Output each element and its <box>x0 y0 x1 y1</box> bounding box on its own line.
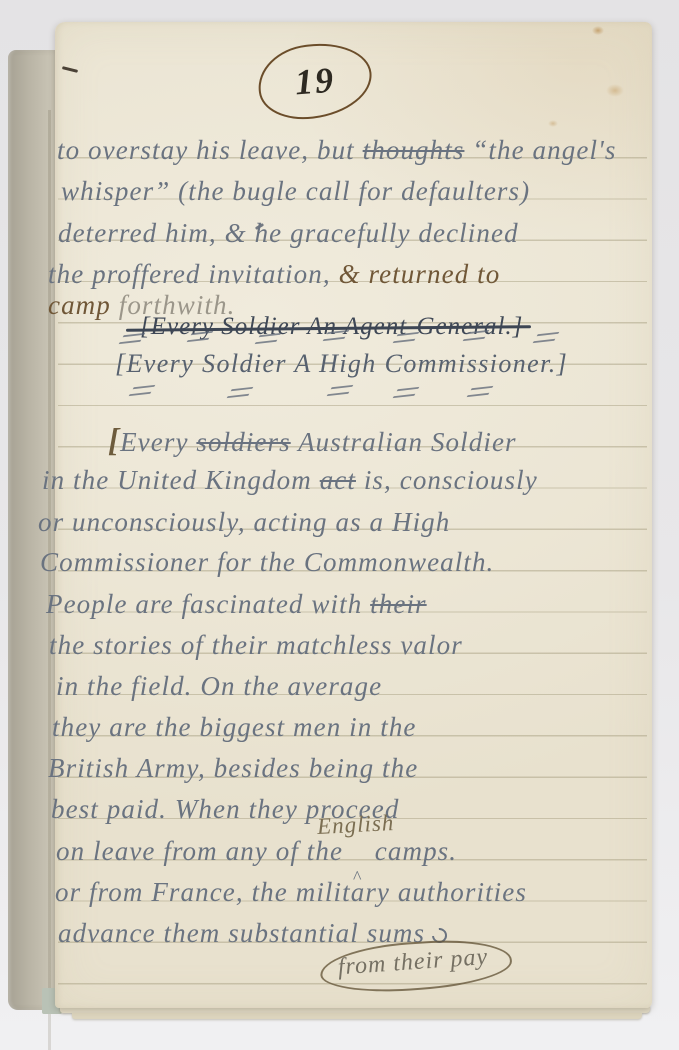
handwriting-line: Commissioner for the Commonwealth. <box>40 549 494 576</box>
text-segment: in the United Kingdom <box>42 465 320 495</box>
text-segment: they are the biggest men in the <box>52 712 417 742</box>
struck-word: their <box>370 589 427 619</box>
text-segment: is, consciously <box>356 465 538 495</box>
handwriting-line: People are fascinated with their <box>46 591 427 618</box>
text-segment: in the field. On the average <box>56 671 382 701</box>
handwriting-line: whisper” (the bugle call for defaulters) <box>61 178 530 205</box>
opening-bracket: [ <box>108 423 120 459</box>
text-segment: on leave from any of the <box>56 836 351 866</box>
handwriting-line: or from France, the military authorities <box>55 879 527 906</box>
handwriting-line: in the field. On the average <box>56 673 382 700</box>
handwriting-layer: to overstay his leave, but thoughts “the… <box>0 0 679 1050</box>
handwriting-line: in the United Kingdom act is, consciousl… <box>42 467 538 494</box>
emphasis-mark <box>119 333 146 344</box>
text-segment: “the angel's <box>464 135 616 165</box>
handwriting-line: the stories of their matchless valor <box>49 632 463 659</box>
emphasis-mark <box>227 387 254 398</box>
emphasis-mark <box>129 385 156 396</box>
emphasis-mark <box>533 332 560 343</box>
handwriting-line: British Army, besides being the <box>48 755 418 782</box>
handwriting-line-heading: [Every Soldier A High Commissioner.] <box>115 350 568 377</box>
text-segment: whisper” (the bugle call for defaulters) <box>61 176 530 206</box>
text-segment: the proffered invitation, <box>48 259 331 289</box>
text-segment: & returned to <box>331 259 501 289</box>
text-segment: Australian Soldier <box>291 427 517 457</box>
manuscript-photo: 19 to overstay his leave, but thoughts “… <box>0 0 679 1050</box>
struck-word: soldiers <box>196 427 290 457</box>
struck-word: thoughts <box>363 135 465 165</box>
text-segment: Every <box>120 427 196 457</box>
struck-word: act <box>320 465 356 495</box>
inserted-word: English <box>316 811 394 838</box>
annotation-text: from their pay <box>337 944 489 980</box>
handwriting-line: advance them substantial sums <box>58 920 447 947</box>
text-segment: People are fascinated with <box>46 589 370 619</box>
emphasis-mark <box>327 385 354 396</box>
text-segment: advance them substantial sums <box>58 918 425 948</box>
handwriting-line: deterred him, & he gracefully declined <box>58 220 519 247</box>
emphasis-mark <box>393 387 420 398</box>
text-segment: camps. <box>367 836 457 866</box>
handwriting-line: on leave from any of the ^English camps. <box>56 838 457 865</box>
text-segment: to overstay his leave, but <box>57 135 363 165</box>
text-segment: or from France, the military authorities <box>55 877 527 907</box>
text-segment: Commissioner for the Commonwealth. <box>40 547 494 577</box>
handwriting-line: they are the biggest men in the <box>52 714 417 741</box>
heading-text: [Every Soldier A High Commissioner.] <box>115 349 568 378</box>
text-segment: British Army, besides being the <box>48 753 418 783</box>
handwriting-line: [Every soldiers Australian Soldier <box>108 425 517 458</box>
handwriting-line: to overstay his leave, but thoughts “the… <box>57 137 617 164</box>
emphasis-mark <box>467 386 494 397</box>
text-segment: camp <box>48 290 119 320</box>
text-segment: the stories of their matchless valor <box>49 630 463 660</box>
text-segment: deterred him, & he gracefully declined <box>58 218 519 248</box>
handwriting-line: or unconsciously, acting as a High <box>38 509 450 536</box>
handwriting-line: the proffered invitation, & returned to <box>48 261 500 288</box>
text-segment: or unconsciously, acting as a High <box>38 507 450 537</box>
